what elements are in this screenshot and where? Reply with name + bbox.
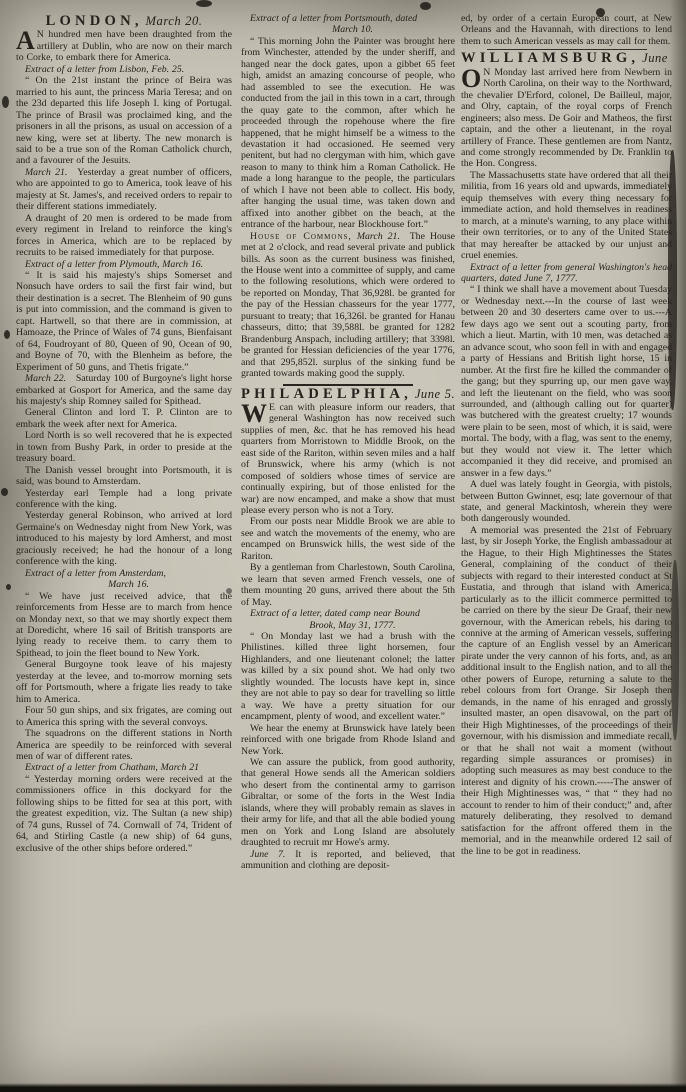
article-paragraph: June 7. It is reported, and believed, th…	[241, 849, 455, 872]
article-paragraph: AN hundred men have been draughted from …	[16, 29, 232, 63]
paragraph-text: Yesterday earl Temple had a long private…	[16, 488, 232, 510]
dateline-city: WILLIAMSBURG,	[461, 50, 639, 66]
article-paragraph: We hear the enemy at Brunswick have late…	[241, 723, 455, 757]
paragraph-text: Four 50 gun ships, and six frigates, are…	[16, 705, 232, 727]
letter-byline: Extract of a letter, dated camp near Bou…	[241, 608, 455, 631]
ink-stain	[668, 150, 677, 410]
newspaper-page: LONDON, March 20.AN hundred men have bee…	[0, 0, 686, 1092]
article-paragraph: The Danish vessel brought into Portsmout…	[16, 465, 232, 488]
article-paragraph: We can assure the publick, from good aut…	[241, 757, 455, 849]
article-paragraph: Yesterday general Robinson, who arrived …	[16, 510, 232, 567]
paragraph-text: “ This morning John the Painter was brou…	[241, 36, 455, 230]
ink-stain	[1, 488, 8, 496]
paragraph-text: We hear the enemy at Brunswick have late…	[241, 723, 455, 757]
paragraph-text: General Burgoyne took leave of his majes…	[16, 659, 232, 704]
paragraph-text: “ On Monday last we had a brush with the…	[241, 631, 455, 722]
article-paragraph: By a gentleman from Charlestown, South C…	[241, 562, 455, 608]
paragraph-text: The Massachusetts state have ordered tha…	[461, 170, 672, 261]
article-paragraph: From our posts near Middle Brook we are …	[241, 516, 455, 562]
dateline-heading: WILLIAMSBURG, June 20.	[461, 53, 672, 65]
byline-centered-line: Brook, May 31, 1777.	[241, 620, 455, 631]
dateline-date: June 20.	[642, 51, 672, 65]
paragraph-text: A duel was lately fought in Georgia, wit…	[461, 479, 672, 524]
article-paragraph: ed, by order of a certain European court…	[461, 13, 672, 47]
newspaper-column-3: ed, by order of a certain European court…	[461, 13, 672, 1081]
ink-stain	[226, 588, 232, 594]
byline-centered-line: March 16.	[16, 579, 232, 590]
paragraph-text: A draught of 20 men is ordered to be mad…	[16, 213, 232, 258]
article-paragraph: ON Monday last arrived here from Newbern…	[461, 67, 672, 170]
paragraph-text: Extract of a letter from Chatham, March …	[25, 762, 199, 773]
paragraph-text: “ On the 21st instant the prince of Beir…	[16, 75, 232, 166]
article-paragraph: “ Yesterday morning orders were received…	[16, 774, 232, 854]
paragraph-text: The Danish vessel brought into Portsmout…	[16, 465, 232, 487]
paragraph-text: N hundred men have been draughted from t…	[16, 29, 232, 63]
article-paragraph: WE can with pleasure inform our readers,…	[241, 402, 455, 517]
dateline-date: June 5.	[415, 387, 455, 401]
article-paragraph: “ We have just received advice, that the…	[16, 591, 232, 660]
ink-stain	[196, 0, 212, 7]
article-paragraph: “ This morning John the Painter was brou…	[241, 36, 455, 231]
paragraph-text: Extract of a letter from Plymouth, March…	[25, 259, 203, 270]
italic-date-lead: March 21.	[357, 231, 400, 242]
paragraph-text: E can with pleasure inform our readers, …	[241, 402, 455, 516]
dateline-city: LONDON,	[46, 13, 143, 29]
paragraph-text: From our posts near Middle Brook we are …	[241, 516, 455, 561]
ink-stain	[2, 96, 9, 108]
smallcaps-lead: House of Commons,	[250, 231, 352, 242]
paragraph-text: “ We have just received advice, that the…	[16, 591, 232, 659]
paragraph-text: N Monday last arrived here from Newbern …	[461, 67, 672, 170]
italic-date-lead: June 7.	[250, 849, 285, 860]
drop-cap: A	[16, 29, 37, 51]
letter-byline: Extract of a letter from Amsterdam,March…	[16, 568, 232, 591]
article-paragraph: “ I think we shall have a movement about…	[461, 284, 672, 479]
dateline-city: PHILADELPHIA,	[241, 386, 412, 402]
letter-byline: Extract of a letter from Plymouth, March…	[16, 259, 232, 270]
paragraph-text: The squadrons on the different stations …	[16, 728, 232, 762]
paragraph-text: Extract of a letter from Portsmouth, dat…	[250, 13, 417, 24]
ink-stain	[671, 560, 679, 740]
paragraph-text: Extract of a letter from general Washing…	[461, 262, 672, 284]
paragraph-text: “ It is said his majesty's ships Somerse…	[16, 270, 232, 373]
letter-byline: Extract of a letter from Lisbon, Feb. 25…	[16, 64, 232, 75]
paragraph-text: “ Yesterday morning orders were received…	[16, 774, 232, 854]
letter-byline: Extract of a letter from general Washing…	[461, 262, 672, 285]
paragraph-text: By a gentleman from Charlestown, South C…	[241, 562, 455, 607]
paragraph-text: Lord North is so well recovered that he …	[16, 430, 232, 464]
letter-byline: Extract of a letter from Portsmouth, dat…	[241, 13, 455, 36]
article-paragraph: Four 50 gun ships, and six frigates, are…	[16, 705, 232, 728]
paragraph-text: General Clinton and lord T. P. Clinton a…	[16, 407, 232, 429]
article-paragraph: House of Commons, March 21. The House me…	[241, 231, 455, 380]
paragraph-text: “ I think we shall have a movement about…	[461, 284, 672, 478]
dateline-heading: LONDON, March 20.	[16, 16, 232, 28]
paragraph-text: The House met at 2 o'clock, and read sev…	[241, 231, 455, 379]
ink-stain	[4, 330, 10, 339]
article-paragraph: General Clinton and lord T. P. Clinton a…	[16, 407, 232, 430]
article-paragraph: A draught of 20 men is ordered to be mad…	[16, 213, 232, 259]
newspaper-column-1: LONDON, March 20.AN hundred men have bee…	[16, 13, 232, 1081]
paragraph-text: Extract of a letter, dated camp near Bou…	[250, 608, 420, 619]
dateline-date: March 20.	[146, 14, 203, 28]
article-paragraph: A memorial was presented the 21st of Feb…	[461, 525, 672, 857]
paragraph-text: We can assure the publick, from good aut…	[241, 757, 455, 848]
paragraph-text: ed, by order of a certain European court…	[461, 13, 672, 47]
letter-byline: Extract of a letter from Chatham, March …	[16, 762, 232, 773]
article-paragraph: “ It is said his majesty's ships Somerse…	[16, 270, 232, 373]
ink-stain	[420, 2, 431, 10]
article-paragraph: March 21. Yesterday a great number of of…	[16, 167, 232, 213]
article-paragraph: Yesterday earl Temple had a long private…	[16, 488, 232, 511]
paragraph-text: A memorial was presented the 21st of Feb…	[461, 525, 672, 857]
article-paragraph: Lord North is so well recovered that he …	[16, 430, 232, 464]
article-paragraph: “ On Monday last we had a brush with the…	[241, 631, 455, 723]
drop-cap: O	[461, 67, 483, 89]
article-paragraph: “ On the 21st instant the prince of Beir…	[16, 75, 232, 167]
paragraph-text: Extract of a letter from Lisbon, Feb. 25…	[25, 64, 184, 75]
article-paragraph: General Burgoyne took leave of his majes…	[16, 659, 232, 705]
article-paragraph: The Massachusetts state have ordered tha…	[461, 170, 672, 262]
italic-date-lead: March 21.	[25, 167, 67, 178]
scan-edge-shadow-bottom	[0, 1083, 686, 1092]
article-paragraph: A duel was lately fought in Georgia, wit…	[461, 479, 672, 525]
article-paragraph: The squadrons on the different stations …	[16, 728, 232, 762]
paragraph-text: Extract of a letter from Amsterdam,	[25, 568, 166, 579]
drop-cap: W	[241, 402, 269, 424]
ink-stain	[6, 584, 11, 590]
ink-stain	[596, 8, 605, 17]
article-paragraph: March 22. Saturday 100 of Burgoyne's lig…	[16, 373, 232, 407]
paragraph-text: Yesterday general Robinson, who arrived …	[16, 510, 232, 567]
newspaper-column-2: Extract of a letter from Portsmouth, dat…	[241, 13, 455, 1081]
dateline-heading: PHILADELPHIA, June 5.	[241, 389, 455, 401]
italic-date-lead: March 22.	[25, 373, 66, 384]
byline-centered-line: March 10.	[241, 24, 455, 35]
